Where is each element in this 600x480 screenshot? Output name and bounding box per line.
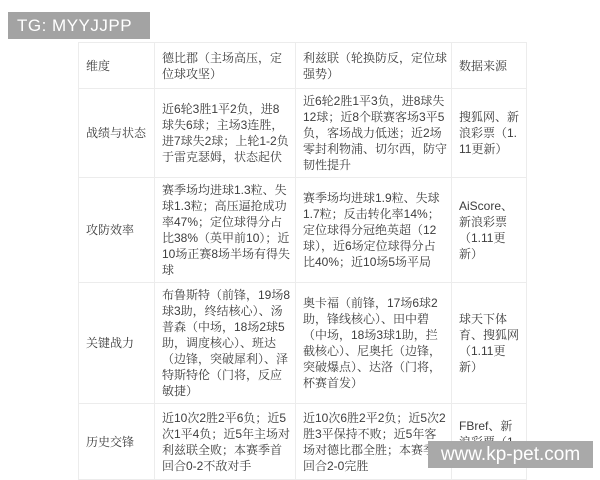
derby-cell: 赛季场均进球1.3粒、失球1.3粒；高压逼抢成功率47%；定位球得分占比38%（… bbox=[155, 178, 296, 283]
header-team-leeds: 利兹联（轮换防反，定位球强势） bbox=[296, 43, 452, 89]
dimension-cell: 历史交锋 bbox=[79, 404, 155, 480]
table-row-record: 战绩与状态 近6轮3胜1平2负，进8球失6球；主场3连胜，进7球失2球；上轮1-… bbox=[79, 89, 527, 178]
table-row-efficiency: 攻防效率 赛季场均进球1.3粒、失球1.3粒；高压逼抢成功率47%；定位球得分占… bbox=[79, 178, 527, 283]
header-team-derby: 德比郡（主场高压，定位球攻坚） bbox=[155, 43, 296, 89]
derby-cell: 近6轮3胜1平2负，进8球失6球；主场3连胜，进7球失2球；上轮1-2负于雷克瑟… bbox=[155, 89, 296, 178]
dimension-cell: 战绩与状态 bbox=[79, 89, 155, 178]
derby-cell: 近10次2胜2平6负；近5次1平4负；近5年主场对利兹联全败；本赛季首回合0-2… bbox=[155, 404, 296, 480]
dimension-cell: 攻防效率 bbox=[79, 178, 155, 283]
site-watermark: www.kp-pet.com bbox=[428, 441, 593, 468]
derby-cell: 布鲁斯特（前锋，19场8球3助，终结核心）、汤普森（中场，18场2球5助，调度核… bbox=[155, 283, 296, 404]
tg-handle-banner: TG: MYYJJPP bbox=[8, 12, 150, 39]
leeds-cell: 奥卡福（前锋，17场6球2助，锋线核心）、田中碧（中场，18场3球1助，拦截核心… bbox=[296, 283, 452, 404]
comparison-table-container: 维度 德比郡（主场高压，定位球攻坚） 利兹联（轮换防反，定位球强势） 数据来源 … bbox=[78, 42, 527, 480]
source-cell: 搜狐网、新浪彩票（1.11更新） bbox=[452, 89, 527, 178]
source-cell: AiScore、新浪彩票（1.11更新） bbox=[452, 178, 527, 283]
leeds-cell: 近6轮2胜1平3负，进8球失12球；近8个联赛客场3平5负，客场战力低迷；近2场… bbox=[296, 89, 452, 178]
tg-handle-text: TG: MYYJJPP bbox=[17, 16, 132, 35]
leeds-cell: 赛季场均进球1.9粒、失球1.7粒；反击转化率14%；定位球得分冠绝英超（12球… bbox=[296, 178, 452, 283]
comparison-table: 维度 德比郡（主场高压，定位球攻坚） 利兹联（轮换防反，定位球强势） 数据来源 … bbox=[78, 42, 527, 480]
header-data-source: 数据来源 bbox=[452, 43, 527, 89]
dimension-cell: 关键战力 bbox=[79, 283, 155, 404]
header-row: 维度 德比郡（主场高压，定位球攻坚） 利兹联（轮换防反，定位球强势） 数据来源 bbox=[79, 43, 527, 89]
header-dimension: 维度 bbox=[79, 43, 155, 89]
table-row-key-players: 关键战力 布鲁斯特（前锋，19场8球3助，终结核心）、汤普森（中场，18场2球5… bbox=[79, 283, 527, 404]
source-cell: 球天下体育、搜狐网（1.11更新） bbox=[452, 283, 527, 404]
